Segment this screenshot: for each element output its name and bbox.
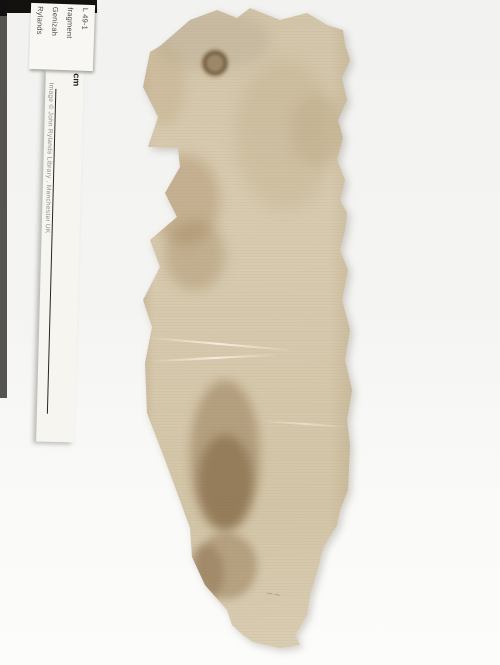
cm-ruler-face: cm Image © John Rylands Library . Manche… — [36, 70, 84, 443]
cm-ruler: cm Image © John Rylands Library . Manche… — [41, 70, 79, 442]
pencil-mark: ∽∼ — [265, 588, 281, 601]
manuscript-text-block — [140, 5, 355, 653]
shelfmark-label: Rylands Genizah fragment L 49-1 — [29, 3, 95, 71]
ruler-unit-label: cm — [71, 73, 81, 86]
digitized-manuscript-photo: Rylands Genizah fragment L 49-1 cm Image… — [0, 0, 500, 665]
chart-strip-cap — [0, 0, 7, 16]
chart-label-strip — [0, 0, 7, 398]
manuscript-fragment: ∽∼ — [140, 5, 355, 655]
shelfmark-line: L 49-1 — [76, 8, 93, 68]
manuscript-paper: ∽∼ — [140, 5, 355, 653]
